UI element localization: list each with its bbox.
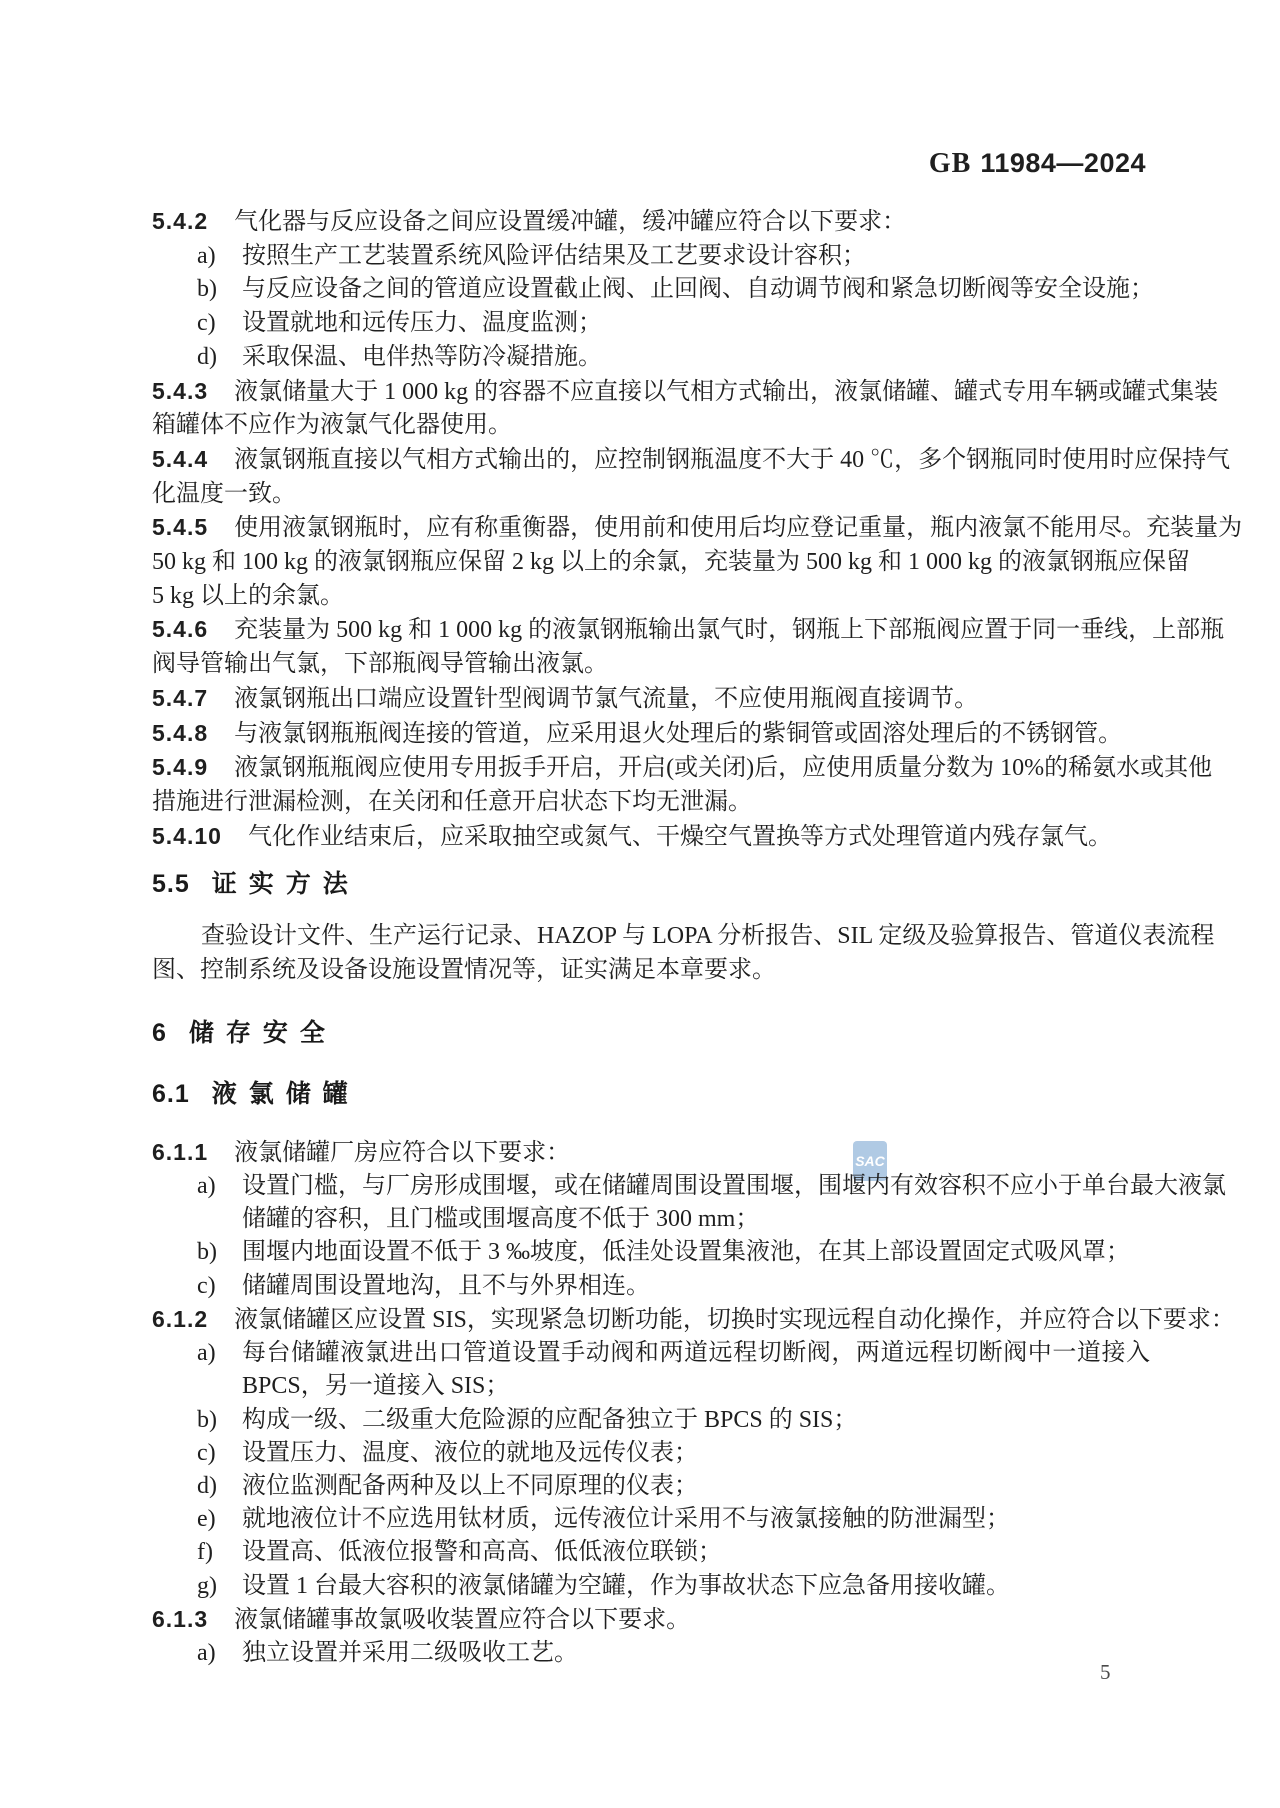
list-item-a: a)设置门槛，与厂房形成围堰，或在储罐周围设置围堰，围堰内有效容积不应小于单台最… bbox=[152, 1170, 1150, 1203]
text-line: 50 kg 和 100 kg 的液氯钢瓶应保留 2 kg 以上的余氯，充装量为 … bbox=[152, 546, 1150, 580]
list-item-d: d)液位监测配备两种及以上不同原理的仪表； bbox=[152, 1470, 1150, 1503]
clause-5.4.8: 5.4.8与液氯钢瓶瓶阀连接的管道，应采用退火处理后的紫铜管或固溶处理后的不锈钢… bbox=[152, 717, 1150, 752]
line-text: 就地液位计不应选用钛材质，远传液位计采用不与液氯接触的防泄漏型； bbox=[242, 1506, 1010, 1532]
item-letter: c) bbox=[197, 1270, 216, 1303]
clause-number: 6.1.1 bbox=[152, 1139, 208, 1165]
item-letter: g) bbox=[197, 1570, 217, 1603]
line-text: 箱罐体不应作为液氯气化器使用。 bbox=[152, 412, 512, 438]
clause-5.4.2: 5.4.2气化器与反应设备之间应设置缓冲罐，缓冲罐应符合以下要求： bbox=[152, 205, 1150, 240]
line-text: 50 kg 和 100 kg 的液氯钢瓶应保留 2 kg 以上的余氯，充装量为 … bbox=[152, 549, 1190, 575]
clause-number: 5.4.7 bbox=[152, 685, 208, 711]
standard-code-number: 11984—2024 bbox=[980, 148, 1146, 178]
clause-5.4.3: 5.4.3液氯储量大于 1 000 kg 的容器不应直接以气相方式输出，液氯储罐… bbox=[152, 375, 1150, 410]
clause-number: 5.4.8 bbox=[152, 720, 208, 746]
heading-title: 液氯储罐 bbox=[212, 1080, 360, 1108]
clause-5.4.6: 5.4.6充装量为 500 kg 和 1 000 kg 的液氯钢瓶输出氯气时，钢… bbox=[152, 613, 1150, 648]
line-text: 围堰内地面设置不低于 3 ‰坡度，低洼处设置集液池，在其上部设置固定式吸风罩； bbox=[242, 1239, 1130, 1265]
clause-number: 5.4.4 bbox=[152, 446, 208, 472]
line-text: 液氯钢瓶出口端应设置针型阀调节氯气流量，不应使用瓶阀直接调节。 bbox=[234, 686, 978, 712]
line-text: 储罐的容积，且门槛或围堰高度不低于 300 mm； bbox=[242, 1206, 759, 1232]
text-line: 措施进行泄漏检测，在关闭和任意开启状态下均无泄漏。 bbox=[152, 786, 1150, 820]
paragraph-5-5: 查验设计文件、生产运行记录、HAZOP 与 LOPA 分析报告、SIL 定级及验… bbox=[152, 920, 1150, 987]
line-text: 储罐周围设置地沟，且不与外界相连。 bbox=[242, 1273, 650, 1299]
line-text: 独立设置并采用二级吸收工艺。 bbox=[242, 1640, 578, 1666]
heading-5-5: 5.5证实方法 bbox=[152, 868, 1150, 902]
clause-6.1.3: 6.1.3液氯储罐事故氯吸收装置应符合以下要求。 bbox=[152, 1603, 1150, 1637]
heading-number: 6 bbox=[152, 1019, 167, 1047]
standard-code-prefix: GB bbox=[929, 148, 971, 179]
text-line: 化温度一致。 bbox=[152, 478, 1150, 512]
list-item-b: b)构成一级、二级重大危险源的应配备独立于 BPCS 的 SIS； bbox=[152, 1404, 1150, 1437]
line-text: 设置门槛，与厂房形成围堰，或在储罐周围设置围堰，围堰内有效容积不应小于单台最大液… bbox=[242, 1173, 1226, 1199]
page-number: 5 bbox=[1100, 1660, 1111, 1685]
clause-number: 5.4.5 bbox=[152, 514, 208, 540]
list-item-a: a)独立设置并采用二级吸收工艺。 bbox=[152, 1637, 1150, 1670]
line-text: 图、控制系统及设备设施设置情况等，证实满足本章要求。 bbox=[152, 957, 776, 983]
list-item-d: d)采取保温、电伴热等防冷凝措施。 bbox=[152, 341, 1150, 375]
line-text: 液位监测配备两种及以上不同原理的仪表； bbox=[242, 1473, 698, 1499]
line-text: 液氯钢瓶直接以气相方式输出的，应控制钢瓶温度不大于 40 ℃，多个钢瓶同时使用时… bbox=[234, 447, 1230, 473]
clause-number: 5.4.3 bbox=[152, 378, 208, 404]
heading-number: 5.5 bbox=[152, 870, 190, 898]
heading-6-1: 6.1液氯储罐 bbox=[152, 1078, 1150, 1112]
line-text: 设置高、低液位报警和高高、低低液位联锁； bbox=[242, 1539, 722, 1565]
text-line: 箱罐体不应作为液氯气化器使用。 bbox=[152, 409, 1150, 443]
line-text: 措施进行泄漏检测，在关闭和任意开启状态下均无泄漏。 bbox=[152, 789, 752, 815]
line-text: 与反应设备之间的管道应设置截止阀、止回阀、自动调节阀和紧急切断阀等安全设施； bbox=[242, 276, 1154, 302]
line-text: 阀导管输出气氯，下部瓶阀导管输出液氯。 bbox=[152, 651, 608, 677]
item-letter: c) bbox=[197, 1437, 216, 1470]
line-text: 液氯储量大于 1 000 kg 的容器不应直接以气相方式输出，液氯储罐、罐式专用… bbox=[234, 379, 1218, 405]
item-letter: b) bbox=[197, 273, 217, 307]
heading-title: 证实方法 bbox=[212, 870, 360, 898]
line-text: 5 kg 以上的余氯。 bbox=[152, 583, 344, 609]
item-letter: d) bbox=[197, 1470, 217, 1503]
clause-5.4.5: 5.4.5使用液氯钢瓶时，应有称重衡器，使用前和使用后均应登记重量，瓶内液氯不能… bbox=[152, 511, 1150, 546]
standard-code: GB11984—2024 bbox=[929, 148, 1146, 180]
item-letter: a) bbox=[197, 1170, 216, 1203]
clause-number: 5.4.6 bbox=[152, 616, 208, 642]
text-line: 储罐的容积，且门槛或围堰高度不低于 300 mm； bbox=[152, 1203, 1150, 1236]
line-text: 构成一级、二级重大危险源的应配备独立于 BPCS 的 SIS； bbox=[242, 1407, 857, 1433]
list-item-b: b)围堰内地面设置不低于 3 ‰坡度，低洼处设置集液池，在其上部设置固定式吸风罩… bbox=[152, 1236, 1150, 1269]
line-text: 按照生产工艺装置系统风险评估结果及工艺要求设计容积； bbox=[242, 243, 866, 269]
list-item-a: a)每台储罐液氯进出口管道设置手动阀和两道远程切断阀，两道远程切断阀中一道接入 bbox=[152, 1337, 1150, 1370]
text-line: 阀导管输出气氯，下部瓶阀导管输出液氯。 bbox=[152, 648, 1150, 682]
item-letter: b) bbox=[197, 1236, 217, 1269]
line-text: 每台储罐液氯进出口管道设置手动阀和两道远程切断阀，两道远程切断阀中一道接入 bbox=[242, 1340, 1150, 1366]
line-text: 充装量为 500 kg 和 1 000 kg 的液氯钢瓶输出氯气时，钢瓶上下部瓶… bbox=[234, 617, 1224, 643]
line-text: 气化器与反应设备之间应设置缓冲罐，缓冲罐应符合以下要求： bbox=[234, 209, 906, 235]
text-line: 查验设计文件、生产运行记录、HAZOP 与 LOPA 分析报告、SIL 定级及验… bbox=[152, 920, 1150, 954]
clause-number: 5.4.10 bbox=[152, 823, 222, 849]
clauses-5-4: 5.4.2气化器与反应设备之间应设置缓冲罐，缓冲罐应符合以下要求：a)按照生产工… bbox=[152, 205, 1150, 854]
line-text: 气化作业结束后，应采取抽空或氮气、干燥空气置换等方式处理管道内残存氯气。 bbox=[248, 824, 1112, 850]
item-letter: b) bbox=[197, 1404, 217, 1437]
line-text: 液氯储罐厂房应符合以下要求： bbox=[234, 1140, 570, 1166]
text-line: 5 kg 以上的余氯。 bbox=[152, 580, 1150, 614]
item-letter: a) bbox=[197, 240, 216, 274]
item-letter: d) bbox=[197, 341, 217, 375]
heading-title: 储存安全 bbox=[189, 1019, 337, 1047]
item-letter: f) bbox=[197, 1536, 213, 1569]
item-letter: a) bbox=[197, 1637, 216, 1670]
text-line: 图、控制系统及设备设施设置情况等，证实满足本章要求。 bbox=[152, 954, 1150, 988]
standard-document-page: GB11984—2024 SAC 5.4.2气化器与反应设备之间应设置缓冲罐，缓… bbox=[0, 0, 1280, 1808]
list-item-g: g)设置 1 台最大容积的液氯储罐为空罐，作为事故状态下应急备用接收罐。 bbox=[152, 1570, 1150, 1603]
text-line: BPCS，另一道接入 SIS； bbox=[152, 1370, 1150, 1403]
item-letter: c) bbox=[197, 307, 216, 341]
clause-6.1.1: 6.1.1液氯储罐厂房应符合以下要求： bbox=[152, 1136, 1150, 1170]
line-text: BPCS，另一道接入 SIS； bbox=[242, 1373, 509, 1399]
line-text: 设置压力、温度、液位的就地及远传仪表； bbox=[242, 1440, 698, 1466]
clause-number: 6.1.3 bbox=[152, 1606, 208, 1632]
list-item-f: f)设置高、低液位报警和高高、低低液位联锁； bbox=[152, 1536, 1150, 1569]
clauses-6-1: 6.1.1液氯储罐厂房应符合以下要求：a)设置门槛，与厂房形成围堰，或在储罐周围… bbox=[152, 1136, 1150, 1670]
clause-number: 5.4.2 bbox=[152, 208, 208, 234]
list-item-b: b)与反应设备之间的管道应设置截止阀、止回阀、自动调节阀和紧急切断阀等安全设施； bbox=[152, 273, 1150, 307]
line-text: 液氯储罐事故氯吸收装置应符合以下要求。 bbox=[234, 1607, 690, 1633]
list-item-a: a)按照生产工艺装置系统风险评估结果及工艺要求设计容积； bbox=[152, 240, 1150, 274]
line-text: 液氯储罐区应设置 SIS，实现紧急切断功能，切换时实现远程自动化操作，并应符合以… bbox=[234, 1307, 1235, 1333]
clause-number: 6.1.2 bbox=[152, 1306, 208, 1332]
clause-5.4.9: 5.4.9液氯钢瓶瓶阀应使用专用扳手开启，开启(或关闭)后，应使用质量分数为 1… bbox=[152, 751, 1150, 786]
list-item-e: e)就地液位计不应选用钛材质，远传液位计采用不与液氯接触的防泄漏型； bbox=[152, 1503, 1150, 1536]
list-item-c: c)设置就地和远传压力、温度监测； bbox=[152, 307, 1150, 341]
clause-5.4.4: 5.4.4液氯钢瓶直接以气相方式输出的，应控制钢瓶温度不大于 40 ℃，多个钢瓶… bbox=[152, 443, 1150, 478]
line-text: 使用液氯钢瓶时，应有称重衡器，使用前和使用后均应登记重量，瓶内液氯不能用尽。充装… bbox=[234, 515, 1242, 541]
line-text: 化温度一致。 bbox=[152, 481, 296, 507]
line-text: 采取保温、电伴热等防冷凝措施。 bbox=[242, 344, 602, 370]
item-letter: a) bbox=[197, 1337, 216, 1370]
clause-6.1.2: 6.1.2液氯储罐区应设置 SIS，实现紧急切断功能，切换时实现远程自动化操作，… bbox=[152, 1303, 1150, 1337]
document-body: 5.4.2气化器与反应设备之间应设置缓冲罐，缓冲罐应符合以下要求：a)按照生产工… bbox=[152, 205, 1150, 1670]
item-letter: e) bbox=[197, 1503, 216, 1536]
line-text: 查验设计文件、生产运行记录、HAZOP 与 LOPA 分析报告、SIL 定级及验… bbox=[201, 923, 1214, 949]
line-text: 设置 1 台最大容积的液氯储罐为空罐，作为事故状态下应急备用接收罐。 bbox=[242, 1573, 1010, 1599]
list-item-c: c)储罐周围设置地沟，且不与外界相连。 bbox=[152, 1270, 1150, 1303]
heading-6: 6储存安全 bbox=[152, 1017, 1150, 1051]
clause-5.4.7: 5.4.7液氯钢瓶出口端应设置针型阀调节氯气流量，不应使用瓶阀直接调节。 bbox=[152, 682, 1150, 717]
list-item-c: c)设置压力、温度、液位的就地及远传仪表； bbox=[152, 1437, 1150, 1470]
clause-number: 5.4.9 bbox=[152, 754, 208, 780]
line-text: 与液氯钢瓶瓶阀连接的管道，应采用退火处理后的紫铜管或固溶处理后的不锈钢管。 bbox=[234, 721, 1122, 747]
line-text: 液氯钢瓶瓶阀应使用专用扳手开启，开启(或关闭)后，应使用质量分数为 10%的稀氨… bbox=[234, 755, 1212, 781]
heading-number: 6.1 bbox=[152, 1080, 190, 1108]
clause-5.4.10: 5.4.10气化作业结束后，应采取抽空或氮气、干燥空气置换等方式处理管道内残存氯… bbox=[152, 820, 1150, 855]
line-text: 设置就地和远传压力、温度监测； bbox=[242, 310, 602, 336]
